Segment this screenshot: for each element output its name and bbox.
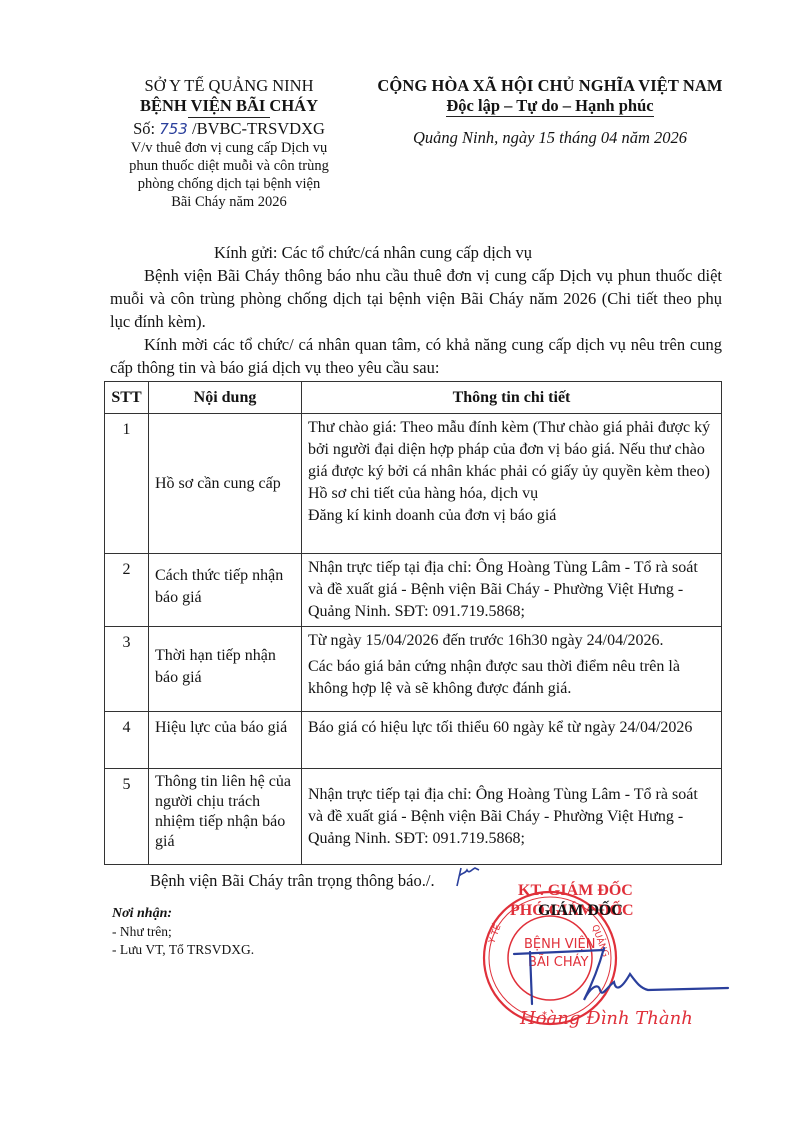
detail-line: Thư chào giá: Theo mẫu đính kèm (Thư chà… (308, 417, 715, 483)
body-paragraph: Kính mời các tổ chức/ cá nhân quan tâm, … (110, 333, 722, 379)
recipient-item: - Lưu VT, Tổ TRSVDXG. (112, 941, 254, 959)
national-title: CỘNG HÒA XÃ HỘI CHỦ NGHĨA VIỆT NAM (360, 76, 740, 96)
number-prefix: Số: (133, 119, 159, 138)
subject-line: phòng chống dịch tại bệnh viện (100, 175, 358, 193)
detail-line: Từ ngày 15/04/2026 đến trước 16h30 ngày … (308, 630, 715, 652)
row-content: Thông tin liên hệ của người chịu trách n… (149, 769, 301, 855)
number-suffix: /BVBC-TRSVDXG (188, 119, 325, 138)
signer-name: Hoàng Đình Thành (520, 1008, 693, 1029)
issuer-header: SỞ Y TẾ QUẢNG NINH BỆNH VIỆN BÃI CHÁY Số… (100, 76, 358, 211)
salutation: Kính gửi: Các tổ chức/cá nhân cung cấp d… (214, 241, 532, 264)
header-divider (188, 117, 270, 118)
table-header-row: STT Nội dung Thông tin chi tiết (105, 382, 722, 414)
header-details: Thông tin chi tiết (302, 382, 722, 414)
place-date: Quảng Ninh, ngày 15 tháng 04 năm 2026 (360, 128, 740, 148)
svg-text:BỆNH VIỆN: BỆNH VIỆN (524, 936, 595, 952)
row-details: Từ ngày 15/04/2026 đến trước 16h30 ngày … (302, 627, 721, 703)
row-content: Hiệu lực của báo giá (149, 712, 301, 741)
signing-authority: KT. GIÁM ĐỐC (518, 882, 633, 900)
header-content: Nội dung (149, 382, 302, 414)
row-content: Cách thức tiếp nhận báo giá (149, 554, 301, 612)
subject-line: V/v thuê đơn vị cung cấp Dịch vụ (100, 139, 358, 157)
row-number: 5 (105, 769, 148, 799)
initials-mark-icon (453, 864, 481, 888)
row-number: 4 (105, 712, 148, 742)
detail-line: Hồ sơ chi tiết của hàng hóa, dịch vụ (308, 483, 715, 505)
subject-line: phun thuốc diệt muỗi và côn trùng (100, 157, 358, 175)
table-row: 4 Hiệu lực của báo giá Báo giá có hiệu l… (105, 712, 722, 769)
row-number: 2 (105, 554, 148, 584)
recipients-block: Nơi nhận: - Như trên; - Lưu VT, Tổ TRSVD… (112, 905, 254, 959)
closing-statement: Bệnh viện Bãi Cháy trân trọng thông báo.… (150, 871, 435, 891)
row-details: Thư chào giá: Theo mẫu đính kèm (Thư chà… (302, 414, 721, 530)
national-header: CỘNG HÒA XÃ HỘI CHỦ NGHĨA VIỆT NAM Độc l… (360, 76, 740, 148)
row-number: 1 (105, 414, 148, 444)
organization-name: BỆNH VIỆN BÃI CHÁY (100, 96, 358, 116)
detail-line: Các báo giá bản cứng nhận được sau thời … (308, 656, 715, 700)
recipient-item: - Như trên; (112, 923, 254, 941)
body-paragraph: Bệnh viện Bãi Cháy thông báo nhu cầu thu… (110, 264, 722, 333)
requirements-table: STT Nội dung Thông tin chi tiết 1 Hồ sơ … (104, 381, 722, 865)
header-stt: STT (105, 382, 149, 414)
table-row: 3 Thời hạn tiếp nhận báo giá Từ ngày 15/… (105, 627, 722, 712)
signature-block: BỆNH VIỆN BÃI CHÁY Y TẾ QUẢNG * KT. GIÁM… (480, 870, 740, 1050)
document-number: Số: 753 /BVBC-TRSVDXG (100, 119, 358, 139)
table-row: 5 Thông tin liên hệ của người chịu trách… (105, 769, 722, 865)
recipients-title: Nơi nhận: (112, 905, 254, 923)
subject-line: Bãi Cháy năm 2026 (100, 193, 358, 211)
detail-line: Đăng kí kinh doanh của đơn vị báo giá (308, 505, 715, 527)
row-content: Hồ sơ cần cung cấp (149, 470, 301, 498)
row-number: 3 (105, 627, 148, 657)
table-row: 2 Cách thức tiếp nhận báo giá Nhận trực … (105, 554, 722, 627)
printed-position: GIÁM ĐỐC (538, 902, 623, 920)
handwritten-number: 753 (159, 120, 188, 138)
table-row: 1 Hồ sơ cần cung cấp Thư chào giá: Theo … (105, 414, 722, 554)
department-name: SỞ Y TẾ QUẢNG NINH (100, 76, 358, 96)
row-content: Thời hạn tiếp nhận báo giá (149, 627, 301, 692)
row-details: Báo giá có hiệu lực tối thiểu 60 ngày kể… (302, 712, 721, 741)
row-details: Nhận trực tiếp tại địa chỉ: Ông Hoàng Tù… (302, 554, 721, 626)
national-motto: Độc lập – Tự do – Hạnh phúc (446, 96, 653, 117)
svg-text:BÃI CHÁY: BÃI CHÁY (528, 954, 589, 970)
row-details: Nhận trực tiếp tại địa chỉ: Ông Hoàng Tù… (302, 781, 721, 853)
